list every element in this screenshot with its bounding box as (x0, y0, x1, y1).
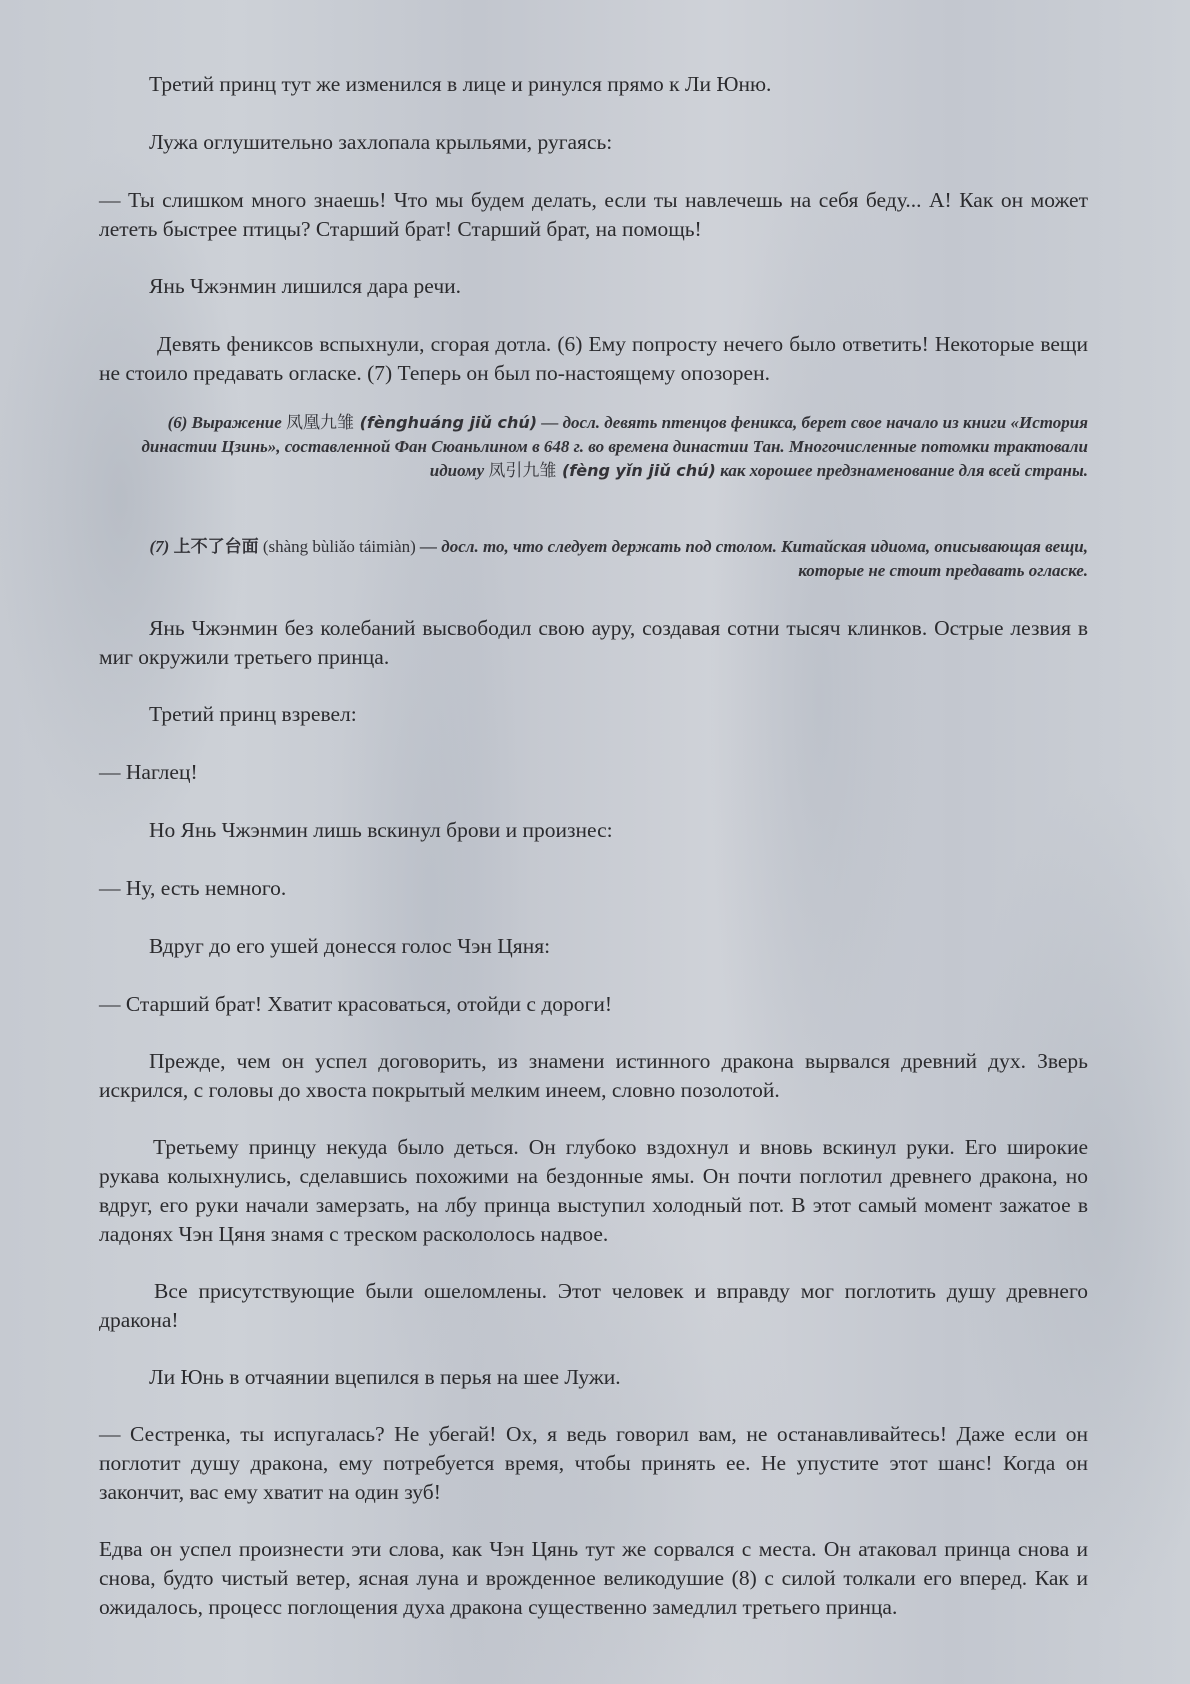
paragraph: Но Янь Чжэнмин лишь вскинул брови и прои… (99, 816, 1088, 845)
footnote-6-hanzi-2: 凤引九雏 (488, 461, 556, 481)
paragraph: Третьему принцу некуда было деться. Он г… (99, 1133, 1088, 1249)
paragraph: Ли Юнь в отчаянии вцепился в перья на ше… (99, 1363, 1088, 1392)
footnote-6-pinyin: (fènghuáng jiǔ chú) (354, 413, 537, 432)
dialogue-paragraph: — Ты слишком много знаешь! Что мы будем … (99, 186, 1088, 244)
paragraph: Прежде, чем он успел договорить, из знам… (99, 1047, 1088, 1105)
footnote-7: (7) 上不了台面 (shàng bùliǎo táimiàn) — досл.… (99, 535, 1088, 583)
dialogue-paragraph: — Старший брат! Хватит красоваться, отой… (99, 990, 1088, 1019)
footnote-6: (6) Выражение 凤凰九雏 (fènghuáng jiǔ chú) —… (99, 411, 1088, 483)
footnote-6-hanzi: 凤凰九雏 (286, 413, 354, 433)
paragraph: Едва он успел произнести эти слова, как … (99, 1535, 1088, 1622)
paragraph: Третий принц взревел: (99, 700, 1088, 729)
footnote-7-hanzi: 上不了台面 (174, 537, 259, 557)
paragraph: Янь Чжэнмин без колебаний высвободил сво… (99, 614, 1088, 672)
paragraph: Все присутствующие были ошеломлены. Этот… (99, 1277, 1088, 1335)
footnote-6-marker: (6) Выражение (168, 413, 286, 432)
paragraph: Третий принц тут же изменился в лице и р… (99, 70, 1088, 99)
footnote-6-pinyin-2: (fèng yǐn jiǔ chú) (556, 461, 716, 480)
dialogue-paragraph: — Сестренка, ты испугалась? Не убегай! О… (99, 1420, 1088, 1507)
dialogue-paragraph: — Ну, есть немного. (99, 874, 1088, 903)
paragraph: Лужа оглушительно захлопала крыльями, ру… (99, 128, 1088, 157)
paragraph: Янь Чжэнмин лишился дара речи. (99, 272, 1088, 301)
footnote-6-text-2: как хорошее предзнаменование для всей ст… (716, 461, 1088, 480)
paragraph: Вдруг до его ушей донесся голос Чэн Цяня… (99, 932, 1088, 961)
footnote-7-marker: (7) (150, 537, 174, 556)
footnote-7-pinyin: (shàng bùliǎo táimiàn) (259, 537, 416, 556)
dialogue-paragraph: — Наглец! (99, 758, 1088, 787)
paragraph-with-footnote-refs: Девять фениксов вспыхнули, сгорая дотла.… (99, 330, 1088, 388)
footnote-7-text: — досл. то, что следует держать под стол… (416, 537, 1088, 580)
